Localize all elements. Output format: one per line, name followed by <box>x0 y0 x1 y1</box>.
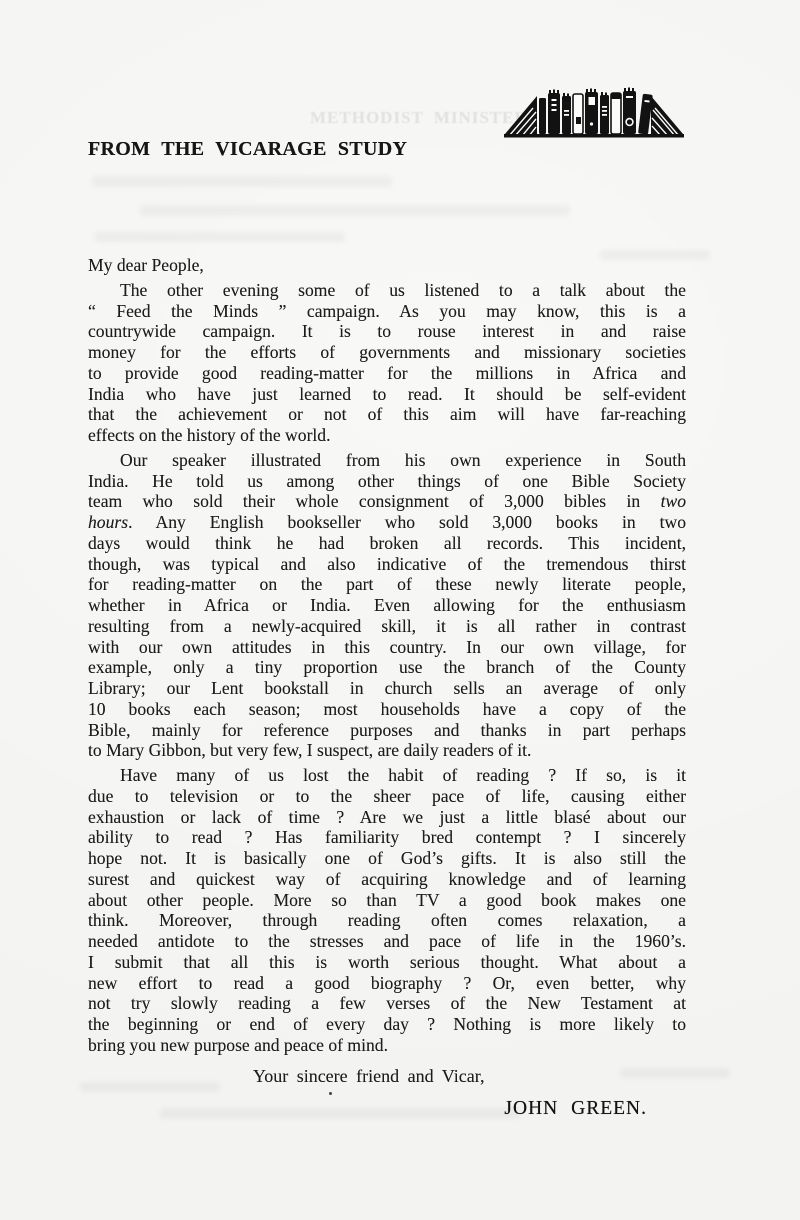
letter-line: hope not. It is basically one of God’s g… <box>88 848 686 869</box>
letter-line: Library; our Lent bookstall in church se… <box>88 678 686 699</box>
letter-body: My dear People, The other evening some o… <box>88 255 686 1120</box>
showthrough-smudge <box>92 176 392 187</box>
magazine-page: METHODIST MINISTER <box>0 0 800 1220</box>
letter-line: Have many of us lost the habit of readin… <box>88 765 686 786</box>
letter-line: about other people. More so than TV a go… <box>88 890 686 911</box>
letter-line: due to television or to the sheer pace o… <box>88 786 686 807</box>
emphasized-text: hours <box>88 512 128 532</box>
letter-line: Bible, mainly for reference purposes and… <box>88 720 686 741</box>
letter-line: exhaustion or lack of time ? Are we just… <box>88 807 686 828</box>
letter-line: The other evening some of us listened to… <box>88 280 686 301</box>
letter-line: India who have just learned to read. It … <box>88 384 686 405</box>
letter-signature: JOHN GREEN. <box>88 1099 686 1120</box>
letter-paragraph: The other evening some of us listened to… <box>88 280 686 446</box>
letter-line: for reading-matter on the part of these … <box>88 574 686 595</box>
letter-line: to provide good reading-matter for the m… <box>88 363 686 384</box>
letter-salutation: My dear People, <box>88 255 686 276</box>
letter-line: not try slowly reading a few verses of t… <box>88 993 686 1014</box>
letter-line: days would think he had broken all recor… <box>88 533 686 554</box>
letter-line: money for the efforts of governments and… <box>88 342 686 363</box>
letter-line: hours. Any English bookseller who sold 3… <box>88 512 686 533</box>
letter-line: surest and quickest way of acquiring kno… <box>88 869 686 890</box>
letter-line: new effort to read a good biography ? Or… <box>88 973 686 994</box>
letter-line: Our speaker illustrated from his own exp… <box>88 450 686 471</box>
letter-line: ability to read ? Has familiarity bred c… <box>88 827 686 848</box>
letter-line: I submit that all this is worth serious … <box>88 952 686 973</box>
letter-line: that the achievement or not of this aim … <box>88 404 686 425</box>
letter-paragraph: Have many of us lost the habit of readin… <box>88 765 686 1056</box>
showthrough-smudge <box>140 205 570 216</box>
letter-paragraph: Our speaker illustrated from his own exp… <box>88 450 686 761</box>
letter-paragraphs: The other evening some of us listened to… <box>88 280 686 1056</box>
letter-line: 10 books each season; most households ha… <box>88 699 686 720</box>
letter-closing: Your sincere friend and Vicar, <box>253 1066 686 1087</box>
letter-line: though, was typical and also indicative … <box>88 554 686 575</box>
letter-line: needed antidote to the stresses and pace… <box>88 931 686 952</box>
showthrough-text: METHODIST MINISTER <box>310 108 528 128</box>
emphasized-text: two <box>661 491 686 511</box>
letter-line: India. He told us among other things of … <box>88 471 686 492</box>
page-title: FROM THE VICARAGE STUDY <box>88 138 407 161</box>
letter-line: team who sold their whole consignment of… <box>88 491 686 512</box>
letter-line: resulting from a newly-acquired skill, i… <box>88 616 686 637</box>
letter-line: think. Moreover, through reading often c… <box>88 910 686 931</box>
plain-text: team who sold their whole consignment of… <box>88 491 661 511</box>
bookshelf-icon <box>503 86 685 144</box>
letter-line: with our own attitudes in this country. … <box>88 637 686 658</box>
letter-line: to Mary Gibbon, but very few, I suspect,… <box>88 740 686 761</box>
letter-line: whether in Africa or India. Even allowin… <box>88 595 686 616</box>
letter-line: the beginning or end of every day ? Noth… <box>88 1014 686 1035</box>
letter-line: example, only a tiny proportion use the … <box>88 657 686 678</box>
letter-line: effects on the history of the world. <box>88 425 686 446</box>
showthrough-smudge <box>95 232 345 242</box>
letter-line: countrywide campaign. It is to rouse int… <box>88 321 686 342</box>
plain-text: . Any English bookseller who sold 3,000 … <box>128 512 686 532</box>
letter-line: “ Feed the Minds ” campaign. As you may … <box>88 301 686 322</box>
letter-line: bring you new purpose and peace of mind. <box>88 1035 686 1056</box>
